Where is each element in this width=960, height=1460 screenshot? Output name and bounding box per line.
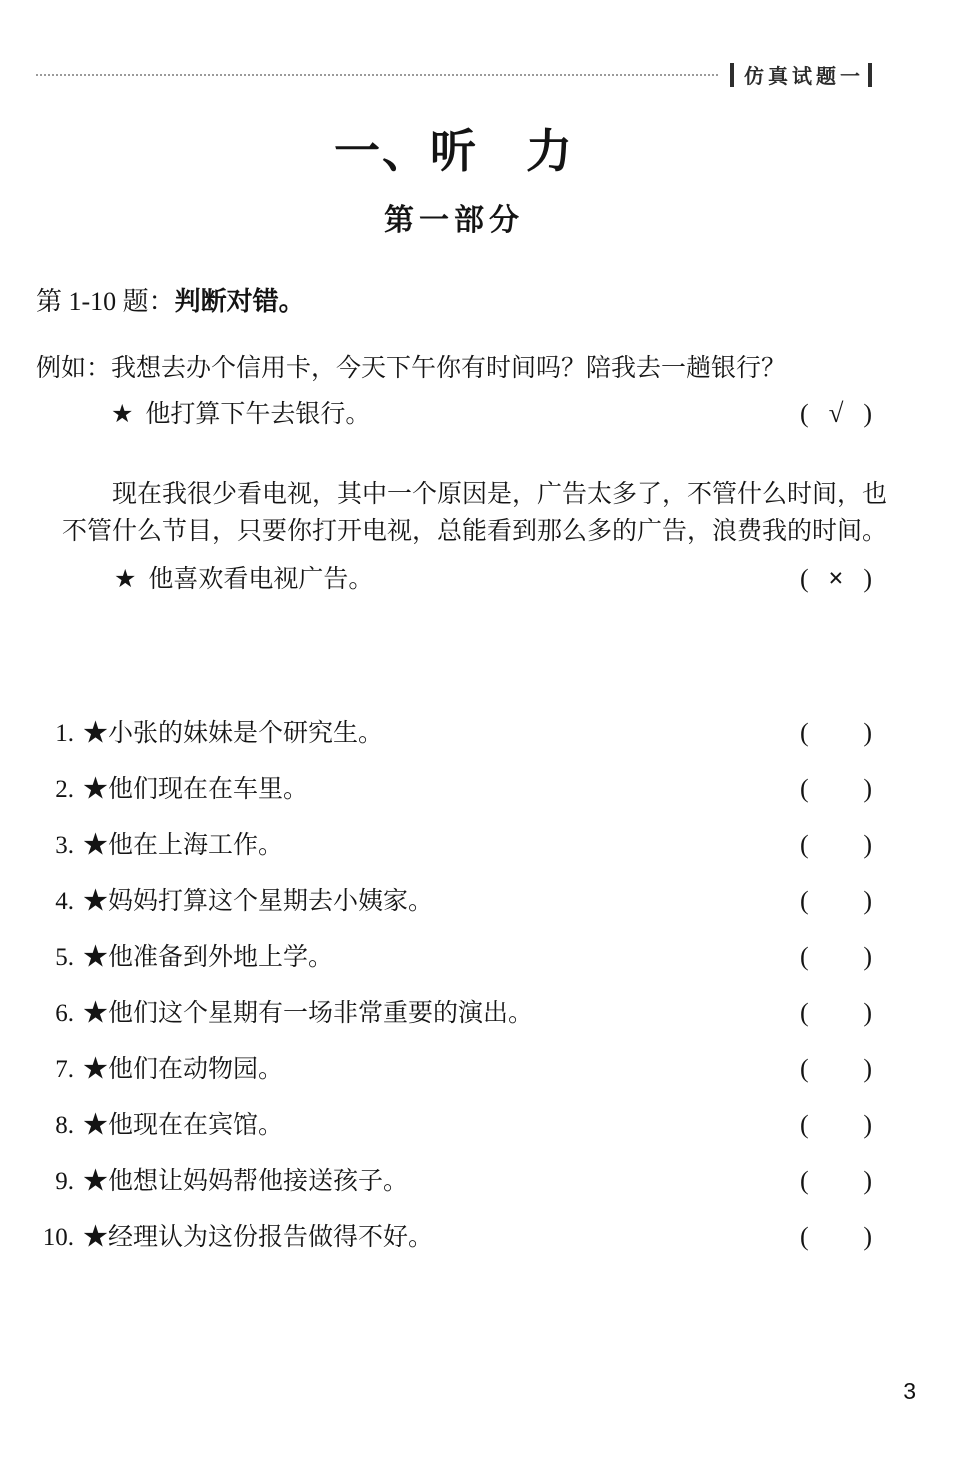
instruction-task: 判断对错。 <box>175 287 305 316</box>
paren-open: ( <box>800 1110 809 1140</box>
question-statement: ★他们这个星期有一场非常重要的演出。 <box>83 993 533 1029</box>
exam-page: 仿真试题一 一、听 力 第一部分 第 1-10 题：判断对错。 例如：我想去办个… <box>0 0 960 1460</box>
answer-blank: ( ) <box>800 1166 872 1196</box>
header-bar-icon <box>730 63 734 87</box>
example-passage: 现在我很少看电视，其中一个原因是，广告太多了，不管什么时间，也 不管什么节目，只… <box>62 476 872 550</box>
question-number: 4. <box>36 888 74 916</box>
paren-open: ( <box>800 1222 809 1252</box>
paren-open: ( <box>800 774 809 804</box>
header-label-text: 仿真试题一 <box>744 60 864 89</box>
check-mark: √ <box>829 398 844 429</box>
question-number: 10. <box>36 1224 74 1252</box>
paren-open: ( <box>800 942 809 972</box>
paren-open: ( <box>800 399 809 429</box>
paren-open: ( <box>800 564 809 594</box>
question-number: 1. <box>36 720 74 748</box>
question-number: 7. <box>36 1056 74 1084</box>
example-statement-row: ★ 他打算下午去银行。 ( √ ) <box>36 394 872 430</box>
paren-close: ) <box>863 564 872 594</box>
instruction-line: 第 1-10 题：判断对错。 <box>36 281 872 318</box>
passage-line: 不管什么节目，只要你打开电视，总能看到那么多的广告，浪费我的时间。 <box>62 513 872 550</box>
page-number: 3 <box>903 1378 916 1405</box>
question-row: 6. ★他们这个星期有一场非常重要的演出。 ( ) <box>36 993 872 1027</box>
question-statement: ★妈妈打算这个星期去小姨家。 <box>83 881 433 917</box>
cross-mark: × <box>828 563 843 594</box>
paren-close: ) <box>863 1110 872 1140</box>
question-statement: ★他准备到外地上学。 <box>83 937 333 973</box>
paren-close: ) <box>863 399 872 429</box>
paren-close: ) <box>863 1222 872 1252</box>
question-number: 3. <box>36 832 74 860</box>
paren-open: ( <box>800 718 809 748</box>
answer-blank: ( ) <box>800 1054 872 1084</box>
question-row: 8. ★他现在在宾馆。 ( ) <box>36 1105 872 1139</box>
example-statement: 他打算下午去银行。 <box>145 394 370 430</box>
paren-close: ) <box>863 718 872 748</box>
question-row: 3. ★他在上海工作。 ( ) <box>36 825 872 859</box>
part-title: 第一部分 <box>36 195 872 239</box>
star-icon: ★ <box>36 564 136 594</box>
example-label: 例如： <box>36 355 111 382</box>
question-row: 10. ★经理认为这份报告做得不好。 ( ) <box>36 1217 872 1251</box>
question-statement: ★他想让妈妈帮他接送孩子。 <box>83 1161 408 1197</box>
question-number: 2. <box>36 776 74 804</box>
answer-blank: ( ) <box>800 1110 872 1140</box>
paren-close: ) <box>863 1166 872 1196</box>
question-row: 1. ★小张的妹妹是个研究生。 ( ) <box>36 713 872 747</box>
paren-open: ( <box>800 998 809 1028</box>
paren-close: ) <box>863 1054 872 1084</box>
answer-blank: ( × ) <box>800 563 872 594</box>
star-icon: ★ <box>36 399 133 429</box>
paren-close: ) <box>863 774 872 804</box>
paren-close: ) <box>863 886 872 916</box>
question-row: 5. ★他准备到外地上学。 ( ) <box>36 937 872 971</box>
answer-blank: ( ) <box>800 886 872 916</box>
paren-close: ) <box>863 830 872 860</box>
question-row: 7. ★他们在动物园。 ( ) <box>36 1049 872 1083</box>
question-row: 4. ★妈妈打算这个星期去小姨家。 ( ) <box>36 881 872 915</box>
answer-blank: ( ) <box>800 718 872 748</box>
paren-close: ) <box>863 942 872 972</box>
answer-blank: ( ) <box>800 1222 872 1252</box>
question-statement: ★他们在动物园。 <box>83 1049 283 1085</box>
question-number: 5. <box>36 944 74 972</box>
passage-line: 现在我很少看电视，其中一个原因是，广告太多了，不管什么时间，也 <box>62 476 872 513</box>
paren-open: ( <box>800 1166 809 1196</box>
instruction-prefix: 第 1-10 题： <box>36 287 175 316</box>
question-number: 8. <box>36 1112 74 1140</box>
header-label: 仿真试题一 <box>730 60 872 89</box>
question-statement: ★经理认为这份报告做得不好。 <box>83 1217 433 1253</box>
answer-blank: ( ) <box>800 774 872 804</box>
question-statement: ★小张的妹妹是个研究生。 <box>83 713 383 749</box>
answer-blank: ( ) <box>800 942 872 972</box>
question-number: 6. <box>36 1000 74 1028</box>
example-statement: 他喜欢看电视广告。 <box>148 559 373 595</box>
example-dialogue-line: 例如：我想去办个信用卡，今天下午你有时间吗？陪我去一趟银行？ <box>36 348 872 384</box>
question-number: 9. <box>36 1168 74 1196</box>
example-dialogue: 我想去办个信用卡，今天下午你有时间吗？陪我去一趟银行？ <box>111 355 786 382</box>
example-statement-row: ★ 他喜欢看电视广告。 ( × ) <box>36 559 872 595</box>
header-bar-icon <box>868 63 872 87</box>
answer-blank: ( ) <box>800 998 872 1028</box>
question-list: 1. ★小张的妹妹是个研究生。 ( ) 2. ★他们现在在车里。 ( ) 3. … <box>36 713 872 1251</box>
question-row: 9. ★他想让妈妈帮他接送孩子。 ( ) <box>36 1161 872 1195</box>
dotted-rule <box>36 74 718 76</box>
answer-blank: ( ) <box>800 830 872 860</box>
question-statement: ★他们现在在车里。 <box>83 769 308 805</box>
question-row: 2. ★他们现在在车里。 ( ) <box>36 769 872 803</box>
answer-blank: ( √ ) <box>800 398 872 429</box>
paren-open: ( <box>800 886 809 916</box>
question-statement: ★他现在在宾馆。 <box>83 1105 283 1141</box>
page-header: 仿真试题一 <box>36 60 872 89</box>
paren-open: ( <box>800 830 809 860</box>
section-title: 一、听 力 <box>36 115 872 181</box>
paren-open: ( <box>800 1054 809 1084</box>
question-statement: ★他在上海工作。 <box>83 825 283 861</box>
paren-close: ) <box>863 998 872 1028</box>
